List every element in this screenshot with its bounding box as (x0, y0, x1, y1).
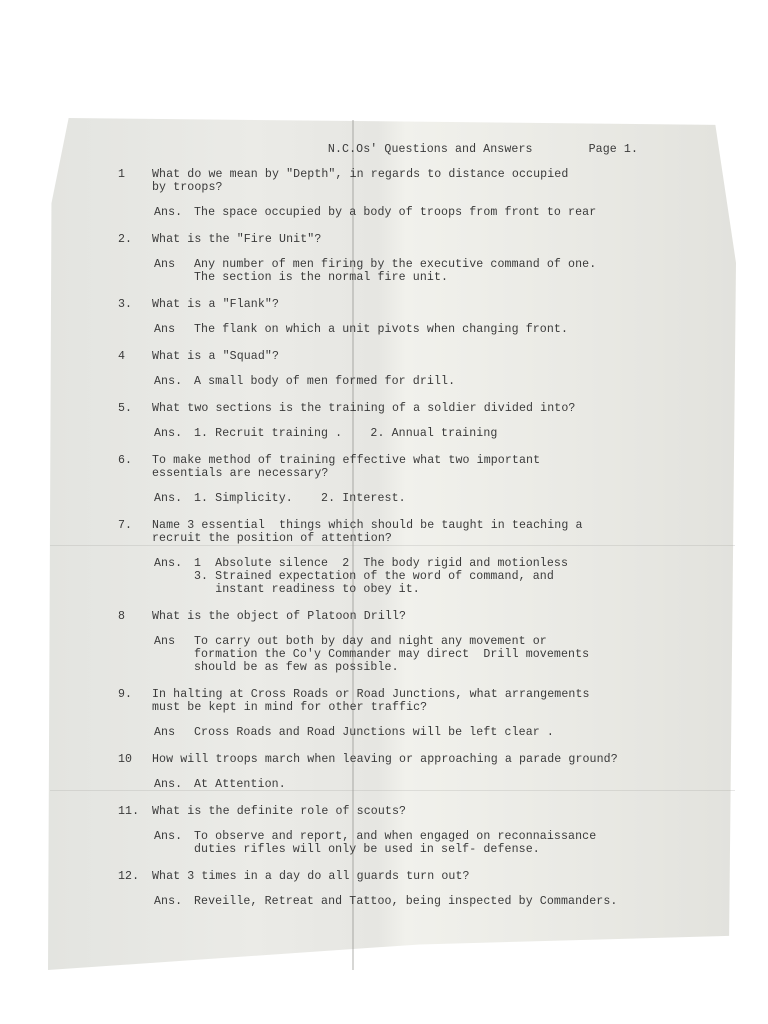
answer: Ans. The space occupied by a body of tro… (118, 206, 658, 219)
answer-text: Cross Roads and Road Junctions will be l… (194, 726, 554, 739)
answer: Ans. At Attention. (118, 778, 658, 791)
answer-text: 1. Recruit training . 2. Annual training (194, 427, 497, 440)
qa-item: 10 How will troops march when leaving or… (118, 753, 658, 791)
answer-label: Ans. (154, 492, 194, 505)
qa-item: 1 What do we mean by "Depth", in regards… (118, 168, 658, 219)
question-text: Name 3 essential things which should be … (152, 519, 583, 545)
question-text: How will troops march when leaving or ap… (152, 753, 618, 766)
answer: Ans. A small body of men formed for dril… (118, 375, 658, 388)
question-number: 1 (118, 168, 152, 194)
question-text: What is a "Squad"? (152, 350, 279, 363)
answer: Ans. 1. Recruit training . 2. Annual tra… (118, 427, 658, 440)
question-number: 9. (118, 688, 152, 714)
answer-text: 1 Absolute silence 2 The body rigid and … (194, 557, 568, 596)
answer-label: Ans. (154, 557, 194, 596)
question: 1 What do we mean by "Depth", in regards… (118, 168, 658, 194)
question: 10 How will troops march when leaving or… (118, 753, 658, 766)
answer-text: Reveille, Retreat and Tattoo, being insp… (194, 895, 617, 908)
qa-item: 2. What is the "Fire Unit"? Ans Any numb… (118, 233, 658, 284)
question: 6. To make method of training effective … (118, 454, 658, 480)
question: 3. What is a "Flank"? (118, 298, 658, 311)
answer-label: Ans (154, 258, 194, 284)
answer-text: 1. Simplicity. 2. Interest. (194, 492, 406, 505)
answer-text: The flank on which a unit pivots when ch… (194, 323, 568, 336)
answer-text: The space occupied by a body of troops f… (194, 206, 596, 219)
question: 5. What two sections is the training of … (118, 402, 658, 415)
qa-list: 1 What do we mean by "Depth", in regards… (118, 168, 658, 908)
qa-item: 11. What is the definite role of scouts?… (118, 805, 658, 856)
answer-label: Ans. (154, 375, 194, 388)
answer-text: To carry out both by day and night any m… (194, 635, 589, 674)
qa-item: 3. What is a "Flank"? Ans The flank on w… (118, 298, 658, 336)
question-text: What is a "Flank"? (152, 298, 279, 311)
answer-label: Ans (154, 635, 194, 674)
answer: Ans Cross Roads and Road Junctions will … (118, 726, 658, 739)
question: 2. What is the "Fire Unit"? (118, 233, 658, 246)
question: 4 What is a "Squad"? (118, 350, 658, 363)
answer-label: Ans. (154, 830, 194, 856)
question: 7. Name 3 essential things which should … (118, 519, 658, 545)
question-number: 6. (118, 454, 152, 480)
answer-label: Ans. (154, 778, 194, 791)
answer: Ans. Reveille, Retreat and Tattoo, being… (118, 895, 658, 908)
document-header: N.C.Os' Questions and Answers Page 1. (118, 143, 658, 156)
answer: Ans. To observe and report, and when eng… (118, 830, 658, 856)
answer-text: A small body of men formed for drill. (194, 375, 455, 388)
question-number: 8 (118, 610, 152, 623)
question-text: What 3 times in a day do all guards turn… (152, 870, 470, 883)
qa-item: 8 What is the object of Platoon Drill? A… (118, 610, 658, 674)
answer-label: Ans. (154, 427, 194, 440)
answer-text: At Attention. (194, 778, 286, 791)
question-number: 12. (118, 870, 152, 883)
question: 8 What is the object of Platoon Drill? (118, 610, 658, 623)
typed-document: N.C.Os' Questions and Answers Page 1. 1 … (118, 143, 658, 922)
question-text: To make method of training effective wha… (152, 454, 540, 480)
qa-item: 5. What two sections is the training of … (118, 402, 658, 440)
qa-item: 7. Name 3 essential things which should … (118, 519, 658, 596)
answer-text: Any number of men firing by the executiv… (194, 258, 596, 284)
question-number: 5. (118, 402, 152, 415)
question-text: In halting at Cross Roads or Road Juncti… (152, 688, 590, 714)
qa-item: 9. In halting at Cross Roads or Road Jun… (118, 688, 658, 739)
question-text: What is the object of Platoon Drill? (152, 610, 406, 623)
question-number: 2. (118, 233, 152, 246)
qa-item: 6. To make method of training effective … (118, 454, 658, 505)
answer-label: Ans. (154, 895, 194, 908)
answer: Ans. 1 Absolute silence 2 The body rigid… (118, 557, 658, 596)
question-number: 3. (118, 298, 152, 311)
answer: Ans To carry out both by day and night a… (118, 635, 658, 674)
question: 11. What is the definite role of scouts? (118, 805, 658, 818)
answer: Ans The flank on which a unit pivots whe… (118, 323, 658, 336)
page-number: Page 1. (589, 143, 638, 156)
question-number: 10 (118, 753, 152, 766)
answer-text: To observe and report, and when engaged … (194, 830, 596, 856)
answer-label: Ans. (154, 206, 194, 219)
answer-label: Ans (154, 323, 194, 336)
answer: Ans. 1. Simplicity. 2. Interest. (118, 492, 658, 505)
document-title: N.C.Os' Questions and Answers (328, 143, 533, 156)
answer-label: Ans (154, 726, 194, 739)
question-number: 4 (118, 350, 152, 363)
question-text: What is the definite role of scouts? (152, 805, 406, 818)
question: 9. In halting at Cross Roads or Road Jun… (118, 688, 658, 714)
answer: Ans Any number of men firing by the exec… (118, 258, 658, 284)
question-text: What do we mean by "Depth", in regards t… (152, 168, 568, 194)
question-number: 11. (118, 805, 152, 818)
question: 12. What 3 times in a day do all guards … (118, 870, 658, 883)
qa-item: 4 What is a "Squad"? Ans. A small body o… (118, 350, 658, 388)
question-text: What two sections is the training of a s… (152, 402, 575, 415)
question-text: What is the "Fire Unit"? (152, 233, 321, 246)
question-number: 7. (118, 519, 152, 545)
qa-item: 12. What 3 times in a day do all guards … (118, 870, 658, 908)
